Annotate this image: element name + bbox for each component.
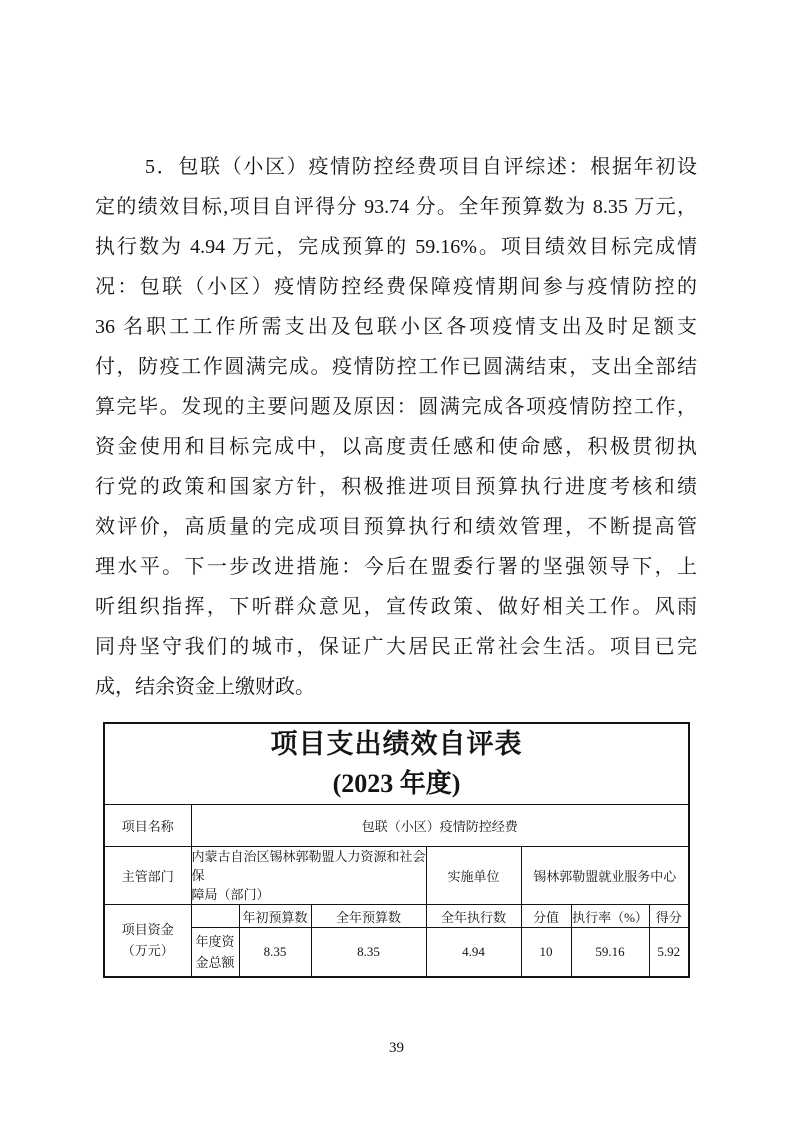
project-funds-label-line: （万元）	[105, 940, 191, 961]
paragraph-line: 5．包联（小区）疫情防控经费项目自评综述：根据年初设	[95, 147, 697, 187]
impl-unit-label: 实施单位	[426, 847, 521, 905]
paragraph-line: 36 名职工工作所需支出及包联小区各项疫情支出及时足额支	[95, 307, 697, 347]
page-number: 39	[0, 1040, 793, 1057]
value-annual-budget: 8.35	[311, 928, 426, 977]
paragraph-line: 成，结余资金上缴财政。	[95, 667, 697, 707]
paragraph-line: 定的绩效目标,项目自评得分 93.74 分。全年预算数为 8.35 万元，	[95, 187, 697, 227]
value-score: 5.92	[649, 928, 689, 977]
value-score-weight: 10	[521, 928, 571, 977]
annual-total-funds-label: 年度资金总额	[191, 928, 239, 977]
project-funds-label: 项目资金（万元）	[104, 905, 191, 977]
dept-value: 内蒙古自治区锡林郭勒盟人力资源和社会保障局（部门）	[191, 847, 426, 905]
header-score: 得分	[649, 905, 689, 928]
header-score-weight: 分值	[521, 905, 571, 928]
dept-value-line: 障局（部门）	[192, 885, 426, 904]
paragraph-line: 效评价，高质量的完成项目预算执行和绩效管理，不断提高管	[95, 507, 697, 547]
paragraph-line: 付，防疫工作圆满完成。疫情防控工作已圆满结束，支出全部结	[95, 347, 697, 387]
paragraph-line: 听组织指挥，下听群众意见，宣传政策、做好相关工作。风雨	[95, 587, 697, 627]
document-page: { "paragraph": { "lines": [ "5．包联（小区）疫情防…	[0, 0, 793, 1122]
header-execution-rate: 执行率（%）	[571, 905, 649, 928]
paragraph-line: 同舟坚守我们的城市，保证广大居民正常社会生活。项目已完	[95, 627, 697, 667]
table-title-line: (2023 年度)	[105, 764, 688, 804]
annual-total-funds-label-line: 年度资	[192, 931, 239, 952]
dept-label: 主管部门	[104, 847, 191, 905]
paragraph-line: 况：包联（小区）疫情防控经费保障疫情期间参与疫情防控的	[95, 267, 697, 307]
annual-total-funds-label-line: 金总额	[192, 952, 239, 973]
dept-value-line: 内蒙古自治区锡林郭勒盟人力资源和社会保	[192, 847, 426, 885]
self-evaluation-paragraph: 5．包联（小区）疫情防控经费项目自评综述：根据年初设定的绩效目标,项目自评得分 …	[95, 147, 697, 707]
header-annual-budget: 全年预算数	[311, 905, 426, 928]
self-evaluation-table: 项目支出绩效自评表(2023 年度) 项目名称 包联（小区）疫情防控经费 主管部…	[103, 722, 690, 978]
impl-unit-value: 锡林郭勒盟就业服务中心	[521, 847, 689, 905]
project-funds-label-line: 项目资金	[105, 919, 191, 940]
header-initial-budget: 年初预算数	[239, 905, 311, 928]
paragraph-line: 资金使用和目标完成中，以高度责任感和使命感，积极贯彻执	[95, 427, 697, 467]
table-title: 项目支出绩效自评表(2023 年度)	[104, 723, 689, 805]
paragraph-line: 理水平。下一步改进措施：今后在盟委行署的坚强领导下，上	[95, 547, 697, 587]
header-annual-execution: 全年执行数	[426, 905, 521, 928]
value-annual-execution: 4.94	[426, 928, 521, 977]
paragraph-line: 行党的政策和国家方针，积极推进项目预算执行进度考核和绩	[95, 467, 697, 507]
project-name-label: 项目名称	[104, 805, 191, 847]
value-initial-budget: 8.35	[239, 928, 311, 977]
paragraph-line: 算完毕。发现的主要问题及原因：圆满完成各项疫情防控工作，	[95, 387, 697, 427]
funds-subcategory-empty-cell	[191, 905, 239, 928]
value-execution-rate: 59.16	[571, 928, 649, 977]
project-name-value: 包联（小区）疫情防控经费	[191, 805, 689, 847]
paragraph-line: 执行数为 4.94 万元，完成预算的 59.16%。项目绩效目标完成情	[95, 227, 697, 267]
table-title-line: 项目支出绩效自评表	[105, 724, 688, 764]
